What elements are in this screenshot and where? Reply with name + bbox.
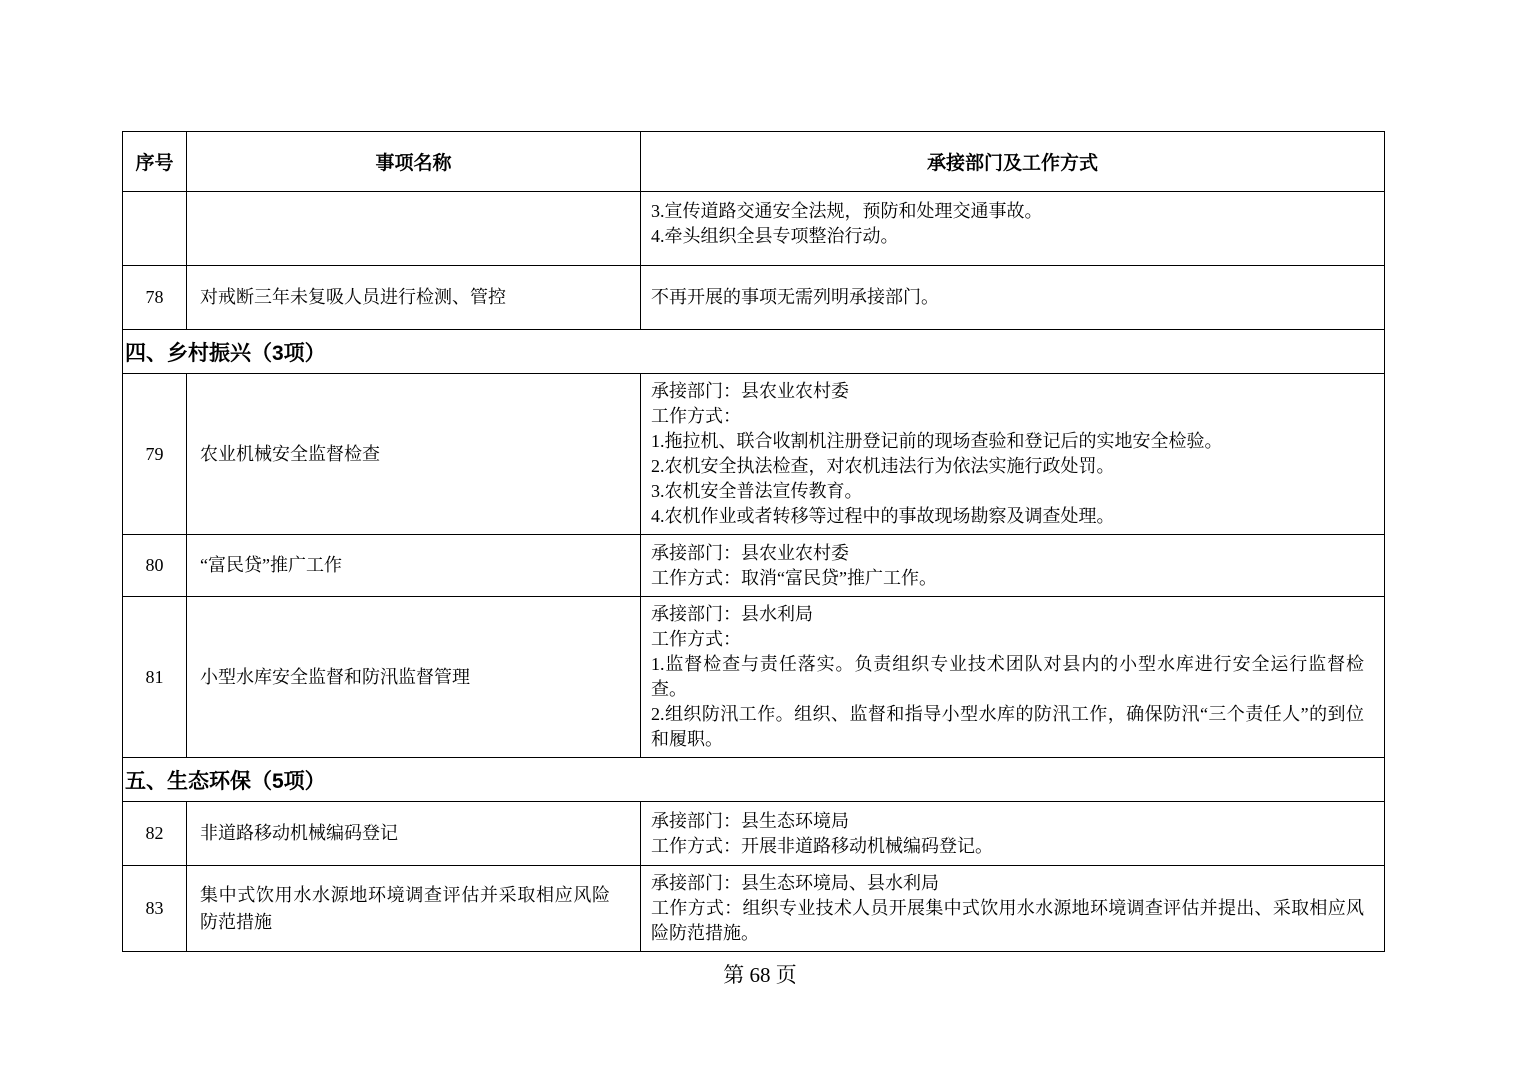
detail-line: 工作方式： <box>651 404 1364 429</box>
detail-line: 3.宣传道路交通安全法规，预防和处理交通事故。 <box>651 199 1364 224</box>
detail-line: 1.监督检查与责任落实。负责组织专业技术团队对县内的小型水库进行安全运行监督检查… <box>651 652 1364 702</box>
row-detail: 3.宣传道路交通安全法规，预防和处理交通事故。 4.牵头组织全县专项整治行动。 <box>641 192 1385 266</box>
table-row-80: 80 “富民贷”推广工作 承接部门：县农业农村委 工作方式：取消“富民贷”推广工… <box>123 535 1385 597</box>
section-row-ecology-environment: 五、生态环保（5项） <box>123 758 1385 802</box>
row-no: 83 <box>123 866 187 952</box>
row-item-name: 农业机械安全监督检查 <box>187 374 641 535</box>
detail-line: 工作方式：开展非道路移动机械编码登记。 <box>651 834 1364 859</box>
detail-line: 工作方式：取消“富民贷”推广工作。 <box>651 566 1364 591</box>
col-header-department-method: 承接部门及工作方式 <box>641 132 1385 192</box>
detail-line: 1.拖拉机、联合收割机注册登记前的现场查验和登记后的实地安全检验。 <box>651 429 1364 454</box>
table-row-79: 79 农业机械安全监督检查 承接部门：县农业农村委 工作方式： 1.拖拉机、联合… <box>123 374 1385 535</box>
row-no <box>123 192 187 266</box>
row-detail: 承接部门：县农业农村委 工作方式：取消“富民贷”推广工作。 <box>641 535 1385 597</box>
detail-line: 承接部门：县生态环境局、县水利局 <box>651 871 1364 896</box>
row-item-name: 集中式饮用水水源地环境调查评估并采取相应风险防范措施 <box>187 866 641 952</box>
table-row-continuation: 3.宣传道路交通安全法规，预防和处理交通事故。 4.牵头组织全县专项整治行动。 <box>123 192 1385 266</box>
row-item-name: “富民贷”推广工作 <box>187 535 641 597</box>
row-item-name: 小型水库安全监督和防汛监督管理 <box>187 597 641 758</box>
row-detail: 承接部门：县生态环境局 工作方式：开展非道路移动机械编码登记。 <box>641 802 1385 866</box>
row-detail: 不再开展的事项无需列明承接部门。 <box>641 266 1385 330</box>
table-row-82: 82 非道路移动机械编码登记 承接部门：县生态环境局 工作方式：开展非道路移动机… <box>123 802 1385 866</box>
section-title: 四、乡村振兴（3项） <box>123 330 1385 374</box>
section-row-rural-revitalization: 四、乡村振兴（3项） <box>123 330 1385 374</box>
table-row-78: 78 对戒断三年未复吸人员进行检测、管控 不再开展的事项无需列明承接部门。 <box>123 266 1385 330</box>
row-no: 78 <box>123 266 187 330</box>
table-row-83: 83 集中式饮用水水源地环境调查评估并采取相应风险防范措施 承接部门：县生态环境… <box>123 866 1385 952</box>
detail-line: 3.农机安全普法宣传教育。 <box>651 479 1364 504</box>
detail-line: 承接部门：县农业农村委 <box>651 379 1364 404</box>
col-header-no: 序号 <box>123 132 187 192</box>
detail-line: 承接部门：县农业农村委 <box>651 541 1364 566</box>
page-number: 第 68 页 <box>0 960 1520 990</box>
row-no: 79 <box>123 374 187 535</box>
col-header-item-name: 事项名称 <box>187 132 641 192</box>
row-item-name: 非道路移动机械编码登记 <box>187 802 641 866</box>
row-no: 81 <box>123 597 187 758</box>
detail-line: 不再开展的事项无需列明承接部门。 <box>651 285 1364 310</box>
row-detail: 承接部门：县水利局 工作方式： 1.监督检查与责任落实。负责组织专业技术团队对县… <box>641 597 1385 758</box>
detail-line: 承接部门：县水利局 <box>651 602 1364 627</box>
row-detail: 承接部门：县生态环境局、县水利局 工作方式：组织专业技术人员开展集中式饮用水水源… <box>641 866 1385 952</box>
row-no: 82 <box>123 802 187 866</box>
document-page: 序号 事项名称 承接部门及工作方式 3.宣传道路交通安全法规，预防和处理交通事故… <box>0 0 1520 1074</box>
items-table: 序号 事项名称 承接部门及工作方式 3.宣传道路交通安全法规，预防和处理交通事故… <box>122 131 1385 952</box>
detail-line: 承接部门：县生态环境局 <box>651 809 1364 834</box>
row-detail: 承接部门：县农业农村委 工作方式： 1.拖拉机、联合收割机注册登记前的现场查验和… <box>641 374 1385 535</box>
detail-line: 2.组织防汛工作。组织、监督和指导小型水库的防汛工作，确保防汛“三个责任人”的到… <box>651 702 1364 752</box>
detail-line: 工作方式：组织专业技术人员开展集中式饮用水水源地环境调查评估并提出、采取相应风险… <box>651 896 1364 946</box>
row-item-name: 对戒断三年未复吸人员进行检测、管控 <box>187 266 641 330</box>
table-header-row: 序号 事项名称 承接部门及工作方式 <box>123 132 1385 192</box>
row-no: 80 <box>123 535 187 597</box>
section-title: 五、生态环保（5项） <box>123 758 1385 802</box>
detail-line: 4.农机作业或者转移等过程中的事故现场勘察及调查处理。 <box>651 504 1364 529</box>
detail-line: 工作方式： <box>651 627 1364 652</box>
table-row-81: 81 小型水库安全监督和防汛监督管理 承接部门：县水利局 工作方式： 1.监督检… <box>123 597 1385 758</box>
row-item-name <box>187 192 641 266</box>
detail-line: 4.牵头组织全县专项整治行动。 <box>651 224 1364 249</box>
detail-line: 2.农机安全执法检查，对农机违法行为依法实施行政处罚。 <box>651 454 1364 479</box>
